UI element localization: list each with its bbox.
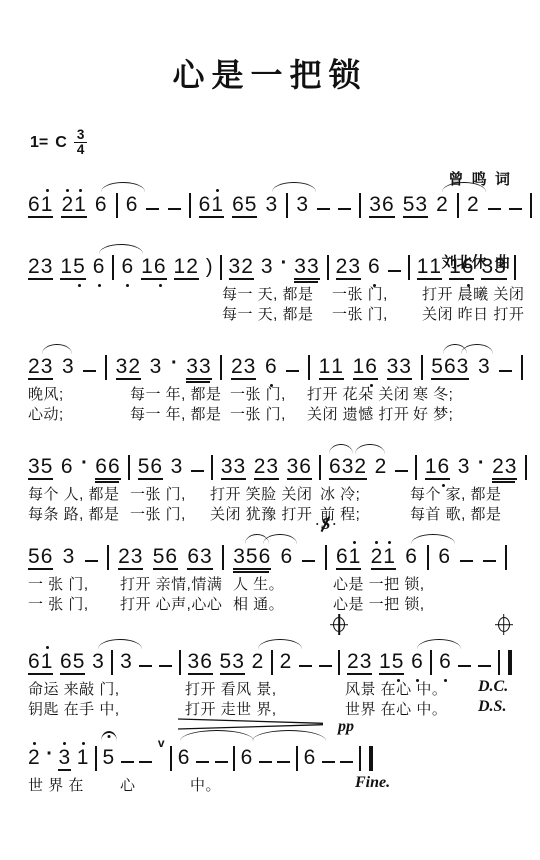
duration-dash [395,470,408,472]
barline [95,746,97,771]
notes-row: 5632356633566S612166 [28,536,507,570]
note-group: 6 [121,256,134,280]
note-group: 2 [436,194,449,218]
barline [514,255,516,280]
note-digit: 3 [233,546,246,568]
note-digit: 6 [28,194,41,216]
key-prefix: 1= [30,134,48,152]
lyric-segment: 好 梦; [413,403,453,424]
note-group: 6 [281,546,294,570]
note-digit: 3 [261,256,274,278]
note-group: 16 [353,356,378,380]
coda-icon [498,617,510,632]
note-digit: 2 [252,651,265,673]
lyric-segment: 关闭 犹豫 打开 [210,503,312,524]
barline [179,650,181,675]
note-group: 16 [141,256,166,280]
note-digit: 1 [429,256,442,278]
note-digit: 3 [171,456,184,478]
duration-dash [168,208,181,210]
note-digit: 6 [411,651,424,673]
note-digit: 2 [28,256,41,278]
note-group: 2 [28,747,41,771]
note-group: 23 [28,256,53,280]
note-digit: 5 [220,651,233,673]
barline [220,355,222,380]
note-group: 23 [28,356,53,380]
note-digit: 1 [353,356,366,378]
duration-dash [317,208,330,210]
barline [521,355,523,380]
fermata-icon [101,731,117,741]
note-digit: 6 [462,256,475,278]
note-group: 3 [478,356,491,380]
note-digit: 6 [121,256,134,278]
note-digit: 2 [28,356,41,378]
note-digit: 2 [28,747,41,769]
note-digit: 2 [186,256,199,278]
barline: S [325,545,327,570]
note-group: 61 [28,651,53,675]
barline [308,355,310,380]
note-group: 356 [233,546,271,570]
note-group: 23 [336,256,361,280]
slur-arc [355,444,385,454]
duration-dash [196,761,209,763]
note-group: 6 [126,194,139,218]
note-group: 61 [199,194,224,218]
note-digit: 6 [281,546,294,568]
note-digit: 3 [150,356,163,378]
barline [415,455,417,480]
note-group: 3 [296,194,309,218]
duration-dash [191,470,204,472]
lyric-segment: 冰 冷; [320,483,360,504]
note-digit: 2 [375,456,388,478]
note-group: 632 [329,456,367,480]
note-group: 15 [379,651,404,675]
lyric-segment: 打开 笑脸 关闭 [210,483,312,504]
note-digit: 3 [415,194,428,216]
dot-augmentation: · [46,743,53,766]
lyric-segment: 每个 人, 都是 [28,483,120,504]
note-digit: 5 [246,546,259,568]
lyric-segment: 一 张 门, [28,573,89,594]
note-digit: 2 [436,194,449,216]
note-digit: 6 [444,356,457,378]
note-group: 36 [369,194,394,218]
lyric-segment: 每条 路, 都是 [28,503,120,524]
duration-dash [139,665,152,667]
slur-arc [98,639,142,649]
note-group: 33 [481,256,506,280]
note-digit: 6 [368,256,381,278]
barline [430,650,432,675]
breath-mark-icon: v [158,736,165,750]
note-group: 65 [232,194,257,218]
lyric-segment: 心 [120,774,136,795]
note-group: 15 [60,256,85,280]
note-group: 3 [92,651,105,675]
note-group: 3 [261,256,274,280]
duration-dash [121,761,134,763]
note-digit: 6 [299,456,312,478]
music-system-5: 5632356633566S612166一 张 门,打开 亲情,情满人 生。心是… [28,536,528,626]
note-group: 6 [304,747,317,771]
note-digit: 1 [319,356,332,378]
note-digit: 3 [63,546,76,568]
note-digit: 6 [108,456,121,478]
note-digit: 5 [245,194,258,216]
note-digit: 6 [405,546,418,568]
note-digit: 2 [371,546,384,568]
lyric-segment: 打开 看风 景, [185,678,277,699]
note-digit: 3 [234,456,247,478]
note-group: 21 [61,194,86,218]
note-group: 23 [231,356,256,380]
lyric-segment: 世界 在心 中。 [345,698,447,719]
note-digit: 2 [118,546,131,568]
music-system-7: 2·315v666pp世 界 在心中。Fine. [28,737,528,827]
dot-augmentation: · [81,452,88,475]
note-digit: 3 [120,651,133,673]
note-group: 6 [438,546,451,570]
note-digit: 3 [131,546,144,568]
note-group: 32 [116,356,141,380]
lyric-segment: 心动; [28,403,64,424]
barline [116,193,118,218]
barline [327,255,329,280]
notation-text: ) [206,256,213,279]
note-digit: 3 [458,456,471,478]
lyric-segment: 每一 年, 都是 [130,403,222,424]
note-digit: 3 [287,456,300,478]
note-digit: 3 [481,256,494,278]
note-digit: 3 [369,194,382,216]
note-group: 6 [368,256,381,280]
lyric-segment: 每首 歌, 都是 [410,503,502,524]
duration-dash [286,370,299,372]
barline [105,355,107,380]
barline [128,455,130,480]
note-group: 56 [138,456,163,480]
note-digit: 3 [505,456,518,478]
note-group: 3 [150,356,163,380]
final-barline [498,650,512,675]
note-group: 61 [336,546,361,570]
note-group: 3 [63,546,76,570]
music-system-4: 356·665633323366322163·23每个 人, 都是一张 门,打开… [28,446,528,536]
segno-dot [316,523,319,526]
barline [233,746,235,771]
lyric-segment: 钥匙 在手 中, [28,698,120,719]
note-digit: 6 [187,546,200,568]
duration-dash [322,761,335,763]
notes-row: 616533365322231566 [28,641,512,675]
note-digit: 2 [467,194,480,216]
barline [319,455,321,480]
time-signature-numerator: 3 [74,128,88,143]
final-barline [359,746,373,771]
note-digit: 3 [186,356,199,378]
slur-arc [42,344,72,354]
note-digit: 1 [41,651,54,673]
note-group: 6 [265,356,278,380]
notes-row: 356·665633323366322163·23 [28,446,527,480]
duration-dash [277,761,290,763]
note-group: 1 [77,747,90,771]
note-digit: 5 [28,546,41,568]
note-group: 21 [371,546,396,570]
note-group: 6 [241,747,254,771]
note-group: 16 [449,256,474,280]
slur-arc [442,182,486,192]
barline [222,545,224,570]
note-group: 6 [439,651,452,675]
note-digit: 3 [348,256,361,278]
note-digit: 1 [449,256,462,278]
lyric-segment: 一张 门, [332,283,388,304]
note-digit: 5 [153,546,166,568]
music-system-2: 2315661612)323·33236111633每一 天, 都是一张 门,打… [28,246,528,336]
lyric-segment: 中。 [190,774,221,795]
note-digit: 5 [392,651,405,673]
note-digit: 5 [138,456,151,478]
note-digit: 6 [241,747,254,769]
note-group: 33 [294,256,319,280]
note-digit: 2 [231,356,244,378]
duration-dash [302,560,315,562]
note-digit: 3 [457,356,470,378]
barline [170,746,172,771]
note-digit: 6 [336,546,349,568]
note-digit: 5 [73,256,86,278]
lyric-segment: 关闭 昨日 打开 [422,303,524,324]
note-digit: 6 [438,546,451,568]
slur-arc [99,244,143,254]
note-group: 23 [254,456,279,480]
barline [530,193,532,218]
note-digit: 2 [254,456,267,478]
duration-dash [488,208,501,210]
dot-augmentation: · [171,352,178,375]
duration-dash [483,560,496,562]
barline [296,746,298,771]
repeat-direction-text: D.C. [478,678,508,696]
note-digit: 2 [280,651,293,673]
note-group: 6 [411,651,424,675]
note-digit: 3 [58,747,71,769]
note-digit: 1 [74,194,87,216]
note-group: 33 [221,456,246,480]
note-digit: 1 [60,256,73,278]
slur-arc [461,344,493,354]
note-digit: 6 [60,651,73,673]
lyric-segment: 心是 一把 锁, [333,593,425,614]
duration-dash [509,208,522,210]
lyric-segment: 打开 走世 界, [185,698,277,719]
note-digit: 3 [92,651,105,673]
dot-augmentation: · [281,252,288,275]
lyric-segment: 打开 花朵 关闭 [307,383,409,404]
lyric-segment: 关闭 遗憾 打开 [307,403,409,424]
note-digit: 5 [403,194,416,216]
lyric-segment: 每一 年, 都是 [130,383,222,404]
note-digit: 6 [150,456,163,478]
note-group: 56 [153,546,178,570]
note-group: 56 [28,546,53,570]
note-digit: 2 [354,456,367,478]
barline [189,193,191,218]
note-group: 3 [58,747,71,771]
note-digit: 6 [154,256,167,278]
note-group: 6 [95,194,108,218]
coda-icon [333,617,345,632]
note-group: 2 [467,194,480,218]
note-group: 35 [28,456,53,480]
note-digit: 5 [41,456,54,478]
note-group: 61 [28,194,53,218]
lyric-segment: 打开 心声,心心 [120,593,222,614]
time-signature: 3 4 [74,128,88,157]
slur-arc [101,182,145,192]
note-digit: 2 [347,651,360,673]
note-digit: 6 [126,194,139,216]
note-digit: 6 [304,747,317,769]
repeat-direction-text: D.S. [478,698,506,716]
note-group: 33 [186,356,211,380]
time-signature-denominator: 4 [74,143,88,157]
barline [112,255,114,280]
duration-dash [460,560,473,562]
slur-arc [272,182,316,192]
note-group: 6 [405,546,418,570]
note-digit: 3 [307,256,320,278]
lyric-segment: 一张 门, [230,403,286,424]
note-group: 36 [287,456,312,480]
note-group: 63 [187,546,212,570]
lyric-segment: 人 生。 [233,573,284,594]
lyric-segment: 寒 冬; [413,383,453,404]
note-digit: 6 [165,546,178,568]
duration-dash [83,370,96,372]
lyric-segment: 一张 门, [130,503,186,524]
slur-arc [258,639,302,649]
key-signature: 1=C 3 4 [30,128,87,157]
barline [505,545,507,570]
note-group: 6 [61,456,74,480]
note-digit: 1 [331,356,344,378]
note-digit: 3 [28,456,41,478]
barline [359,193,361,218]
note-digit: 3 [399,356,412,378]
note-group: 16 [425,456,450,480]
note-group: 11 [417,256,442,280]
key-letter: C [55,134,67,152]
note-group: 5 [103,747,116,771]
note-digit: 6 [200,651,213,673]
duration-dash [146,208,159,210]
barline [421,355,423,380]
note-digit: 3 [232,651,245,673]
note-group: 2 [375,456,388,480]
note-digit: 2 [61,194,74,216]
note-digit: 3 [116,356,129,378]
duration-dash [259,761,272,763]
lyric-segment: 风景 在心 中。 [345,678,447,699]
duration-dash [299,665,312,667]
note-group: 23 [347,651,372,675]
barline [457,193,459,218]
barline [111,650,113,675]
note-digit: 6 [232,194,245,216]
note-digit: 6 [365,356,378,378]
barline [271,650,273,675]
duration-dash [338,208,351,210]
note-digit: 3 [188,651,201,673]
note-digit: 5 [73,651,86,673]
note-digit: 6 [41,546,54,568]
barline [107,545,109,570]
note-digit: 6 [95,456,108,478]
note-digit: 2 [336,256,349,278]
lyric-segment: 每个 家, 都是 [410,483,502,504]
barline [525,455,527,480]
duration-dash [319,665,332,667]
lyric-segment: 每一 天, 都是 [222,303,314,324]
note-group: 3 [120,651,133,675]
note-digit: 6 [28,651,41,673]
note-group: 65 [60,651,85,675]
note-digit: 3 [221,456,234,478]
lyric-segment: 相 通。 [233,593,284,614]
duration-dash [458,665,471,667]
note-digit: 3 [199,356,212,378]
barline [220,255,222,280]
note-digit: 1 [141,256,154,278]
barline [211,455,213,480]
note-group: 3 [266,194,279,218]
note-digit: 3 [200,546,213,568]
lyric-segment: 世 界 在 [28,774,84,795]
note-digit: 3 [296,194,309,216]
duration-dash [85,560,98,562]
note-digit: 5 [431,356,444,378]
note-digit: 3 [41,256,54,278]
lyric-segment: 一张 门, [230,383,286,404]
note-group: 6 [178,747,191,771]
note-digit: 6 [61,456,74,478]
note-digit: 3 [41,356,54,378]
note-digit: 6 [93,256,106,278]
note-group: 53 [403,194,428,218]
duration-dash [478,665,491,667]
slur-arc [417,639,461,649]
note-digit: 3 [294,256,307,278]
duration-dash [499,370,512,372]
slur-arc [411,534,455,544]
note-group: 33 [387,356,412,380]
note-digit: 3 [244,356,257,378]
barline [338,650,340,675]
note-digit: 1 [425,456,438,478]
duration-dash [340,761,353,763]
note-group: 3 [62,356,75,380]
note-group: 23 [118,546,143,570]
note-digit: 5 [103,747,116,769]
duration-dash [159,665,172,667]
note-digit: 6 [329,456,342,478]
